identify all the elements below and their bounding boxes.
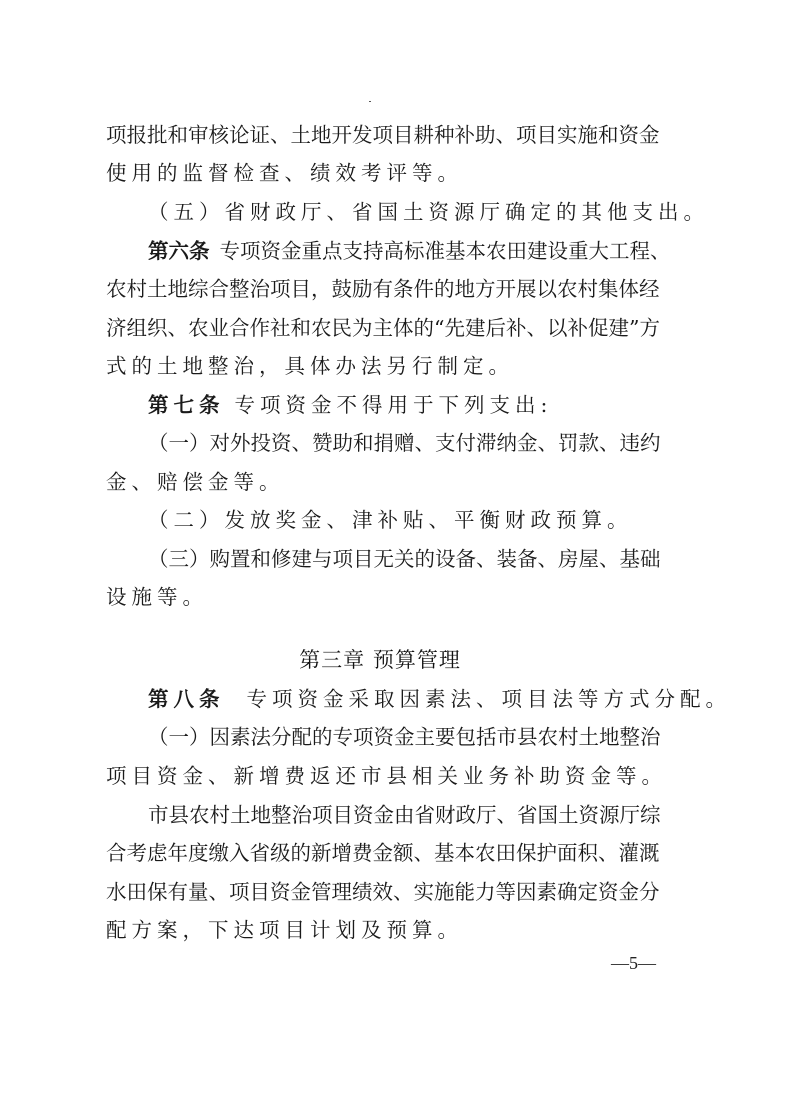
page-number: —5— xyxy=(606,950,656,976)
scan-artifact-dot xyxy=(369,101,371,102)
body-line: 配方案，下达项目计划及预算。 xyxy=(106,915,654,945)
body-line: 项目资金、新增费返还市县相关业务补助资金等。 xyxy=(106,761,654,791)
body-line: （三）购置和修建与项目无关的设备、装备、房屋、基础 xyxy=(106,544,654,574)
body-line: 水田保有量、项目资金管理绩效、实施能力等因素确定资金分 xyxy=(106,877,654,907)
article-8-line: 第八条专项资金采取因素法、项目法等方式分配。 xyxy=(106,684,654,714)
article-7-line: 第七条专项资金不得用于下列支出: xyxy=(106,390,654,420)
article-7-label: 第七条 xyxy=(148,393,225,417)
body-line: 合考虑年度缴入省级的新增费金额、基本农田保护面积、灌溉 xyxy=(106,838,654,868)
body-line: 农村土地综合整治项目，鼓励有条件的地方开展以农村集体经 xyxy=(106,274,654,304)
chapter-heading: 第三章 预算管理 xyxy=(0,645,760,675)
body-line: 设施等。 xyxy=(106,582,654,612)
body-line: 金、赔偿金等。 xyxy=(106,467,654,497)
article-8-label: 第八条 xyxy=(148,687,225,711)
article-6-label: 第六条 xyxy=(148,239,210,263)
body-line: 使用的监督检查、绩效考评等。 xyxy=(106,158,654,188)
body-line: 市县农村土地整治项目资金由省财政厅、省国土资源厅综 xyxy=(106,800,654,830)
body-line: 式的土地整治，具体办法另行制定。 xyxy=(106,351,654,381)
body-line: （一）对外投资、赞助和捐赠、支付滞纳金、罚款、违约 xyxy=(106,428,654,458)
body-line: （二）发放奖金、津补贴、平衡财政预算。 xyxy=(106,505,654,535)
body-line: 项报批和审核论证、土地开发项目耕种补助、项目实施和资金 xyxy=(106,120,654,150)
body-line: 济组织、农业合作社和农民为主体的“先建后补、以补促建”方 xyxy=(106,313,654,343)
body-line: （一）因素法分配的专项资金主要包括市县农村土地整治 xyxy=(106,722,654,752)
body-line: （五）省财政厅、省国土资源厅确定的其他支出。 xyxy=(106,197,654,227)
document-page: 项报批和审核论证、土地开发项目耕种补助、项目实施和资金 使用的监督检查、绩效考评… xyxy=(0,0,800,1100)
article-6-line: 第六条专项资金重点支持高标准基本农田建设重大工程、 xyxy=(106,236,654,266)
